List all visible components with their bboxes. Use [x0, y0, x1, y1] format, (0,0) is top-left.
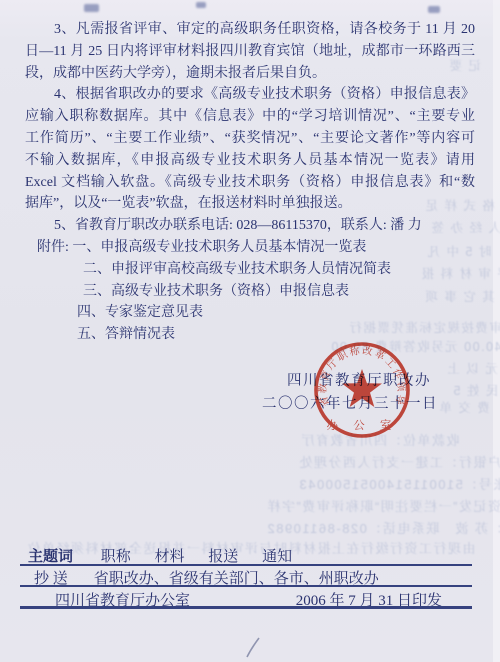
footer-rule — [20, 606, 472, 609]
body-line: 据库”，以及“一览表”软盘，在报送材料时单独报送。 — [25, 193, 475, 215]
attachment-line: 附件: 一、申报高级专业技术职务人员基本情况一览表 — [25, 237, 475, 259]
scanned-document-page: 记 要 表 格 式 样 足 人 经 办 签 时 5 中 凡 评 审 材 料 报 … — [0, 0, 500, 662]
subject-item: 报送 — [208, 545, 238, 566]
seal-star-icon — [342, 369, 382, 407]
footer-rule — [20, 585, 472, 587]
scan-smudge — [84, 4, 99, 12]
bleed-through-line: 银行帐号：5100115140051500043 — [298, 474, 500, 493]
bleed-through-line: 元 以 上 — [446, 359, 498, 377]
scan-smudge — [428, 6, 440, 13]
document-body: 3、凡需报省评审、审定的高级职务任职资格，请各校务于 11 月 20 日—11 … — [25, 19, 475, 346]
attachment-line: 二、申报评审高校高级专业技术职务人员情况简表 — [25, 259, 475, 281]
bleed-through-line: 民 姓 5 — [452, 381, 498, 399]
subject-label: 主题词 — [28, 549, 73, 565]
body-line: 工作简历”、“主要工作业绩”、“获奖情况”、“主要论文著作”等内容可 — [25, 128, 475, 150]
body-line: 3、凡需报省评审、审定的高级职务任职资格，请各校务于 11 月 20 — [25, 19, 475, 41]
subject-row: 主题词 职称 材料 报送 通知 — [20, 545, 472, 566]
pen-mark — [244, 636, 262, 660]
seal-bottom-text: 办 公 室 — [327, 418, 398, 432]
subject-item: 职称 — [101, 545, 131, 566]
body-line: Excel 文档输入软盘。《高级专业技术职务（资格）申报信息表》和“数 — [25, 172, 475, 194]
body-line: 4、根据省职改办的要求《高级专业技术职务（资格）申报信息表》 — [25, 84, 475, 106]
attachment-line: 三、高级专业技术职务（资格）申报信息表 — [25, 281, 475, 303]
bleed-through-line: 联系人：苏 波 联系电话：028-86110982 — [266, 518, 500, 537]
bleed-through-line: “工资记发”一栏要注明“职称评审费”字样 — [266, 496, 500, 515]
footer-rule — [20, 564, 472, 566]
bleed-through-line: 费 交 单 — [438, 398, 490, 416]
body-line: 5、省教育厅职改办联系电话: 028—86115370，联系人: 潘 力 — [25, 215, 475, 237]
body-line: 应输入职称数据库。其中《信息表》中的“学习培训情况”、“主要专业 — [25, 106, 475, 128]
scan-smudge — [196, 2, 206, 8]
official-seal-icon: 四川省教育厅职称改革工作领导小组 办 公 室 — [304, 332, 420, 448]
body-line: 段，成都中医药大学旁），逾期未报者后果自负。 — [25, 63, 475, 85]
attachment-line: 四、专家鉴定意见表 — [25, 302, 475, 324]
bleed-through-line: 开户银行：工建一支行人西分理处 — [298, 452, 500, 471]
body-line: 日—11 月 25 日内将评审材料报四川教育宾馆（地址，成都市一环路西三 — [25, 41, 475, 63]
subject-item: 材料 — [155, 545, 185, 566]
subject-item: 通知 — [262, 545, 292, 566]
body-line: 不输入数据库，《申报高级专业技术职务人员基本情况一览表》请用 — [25, 150, 475, 172]
